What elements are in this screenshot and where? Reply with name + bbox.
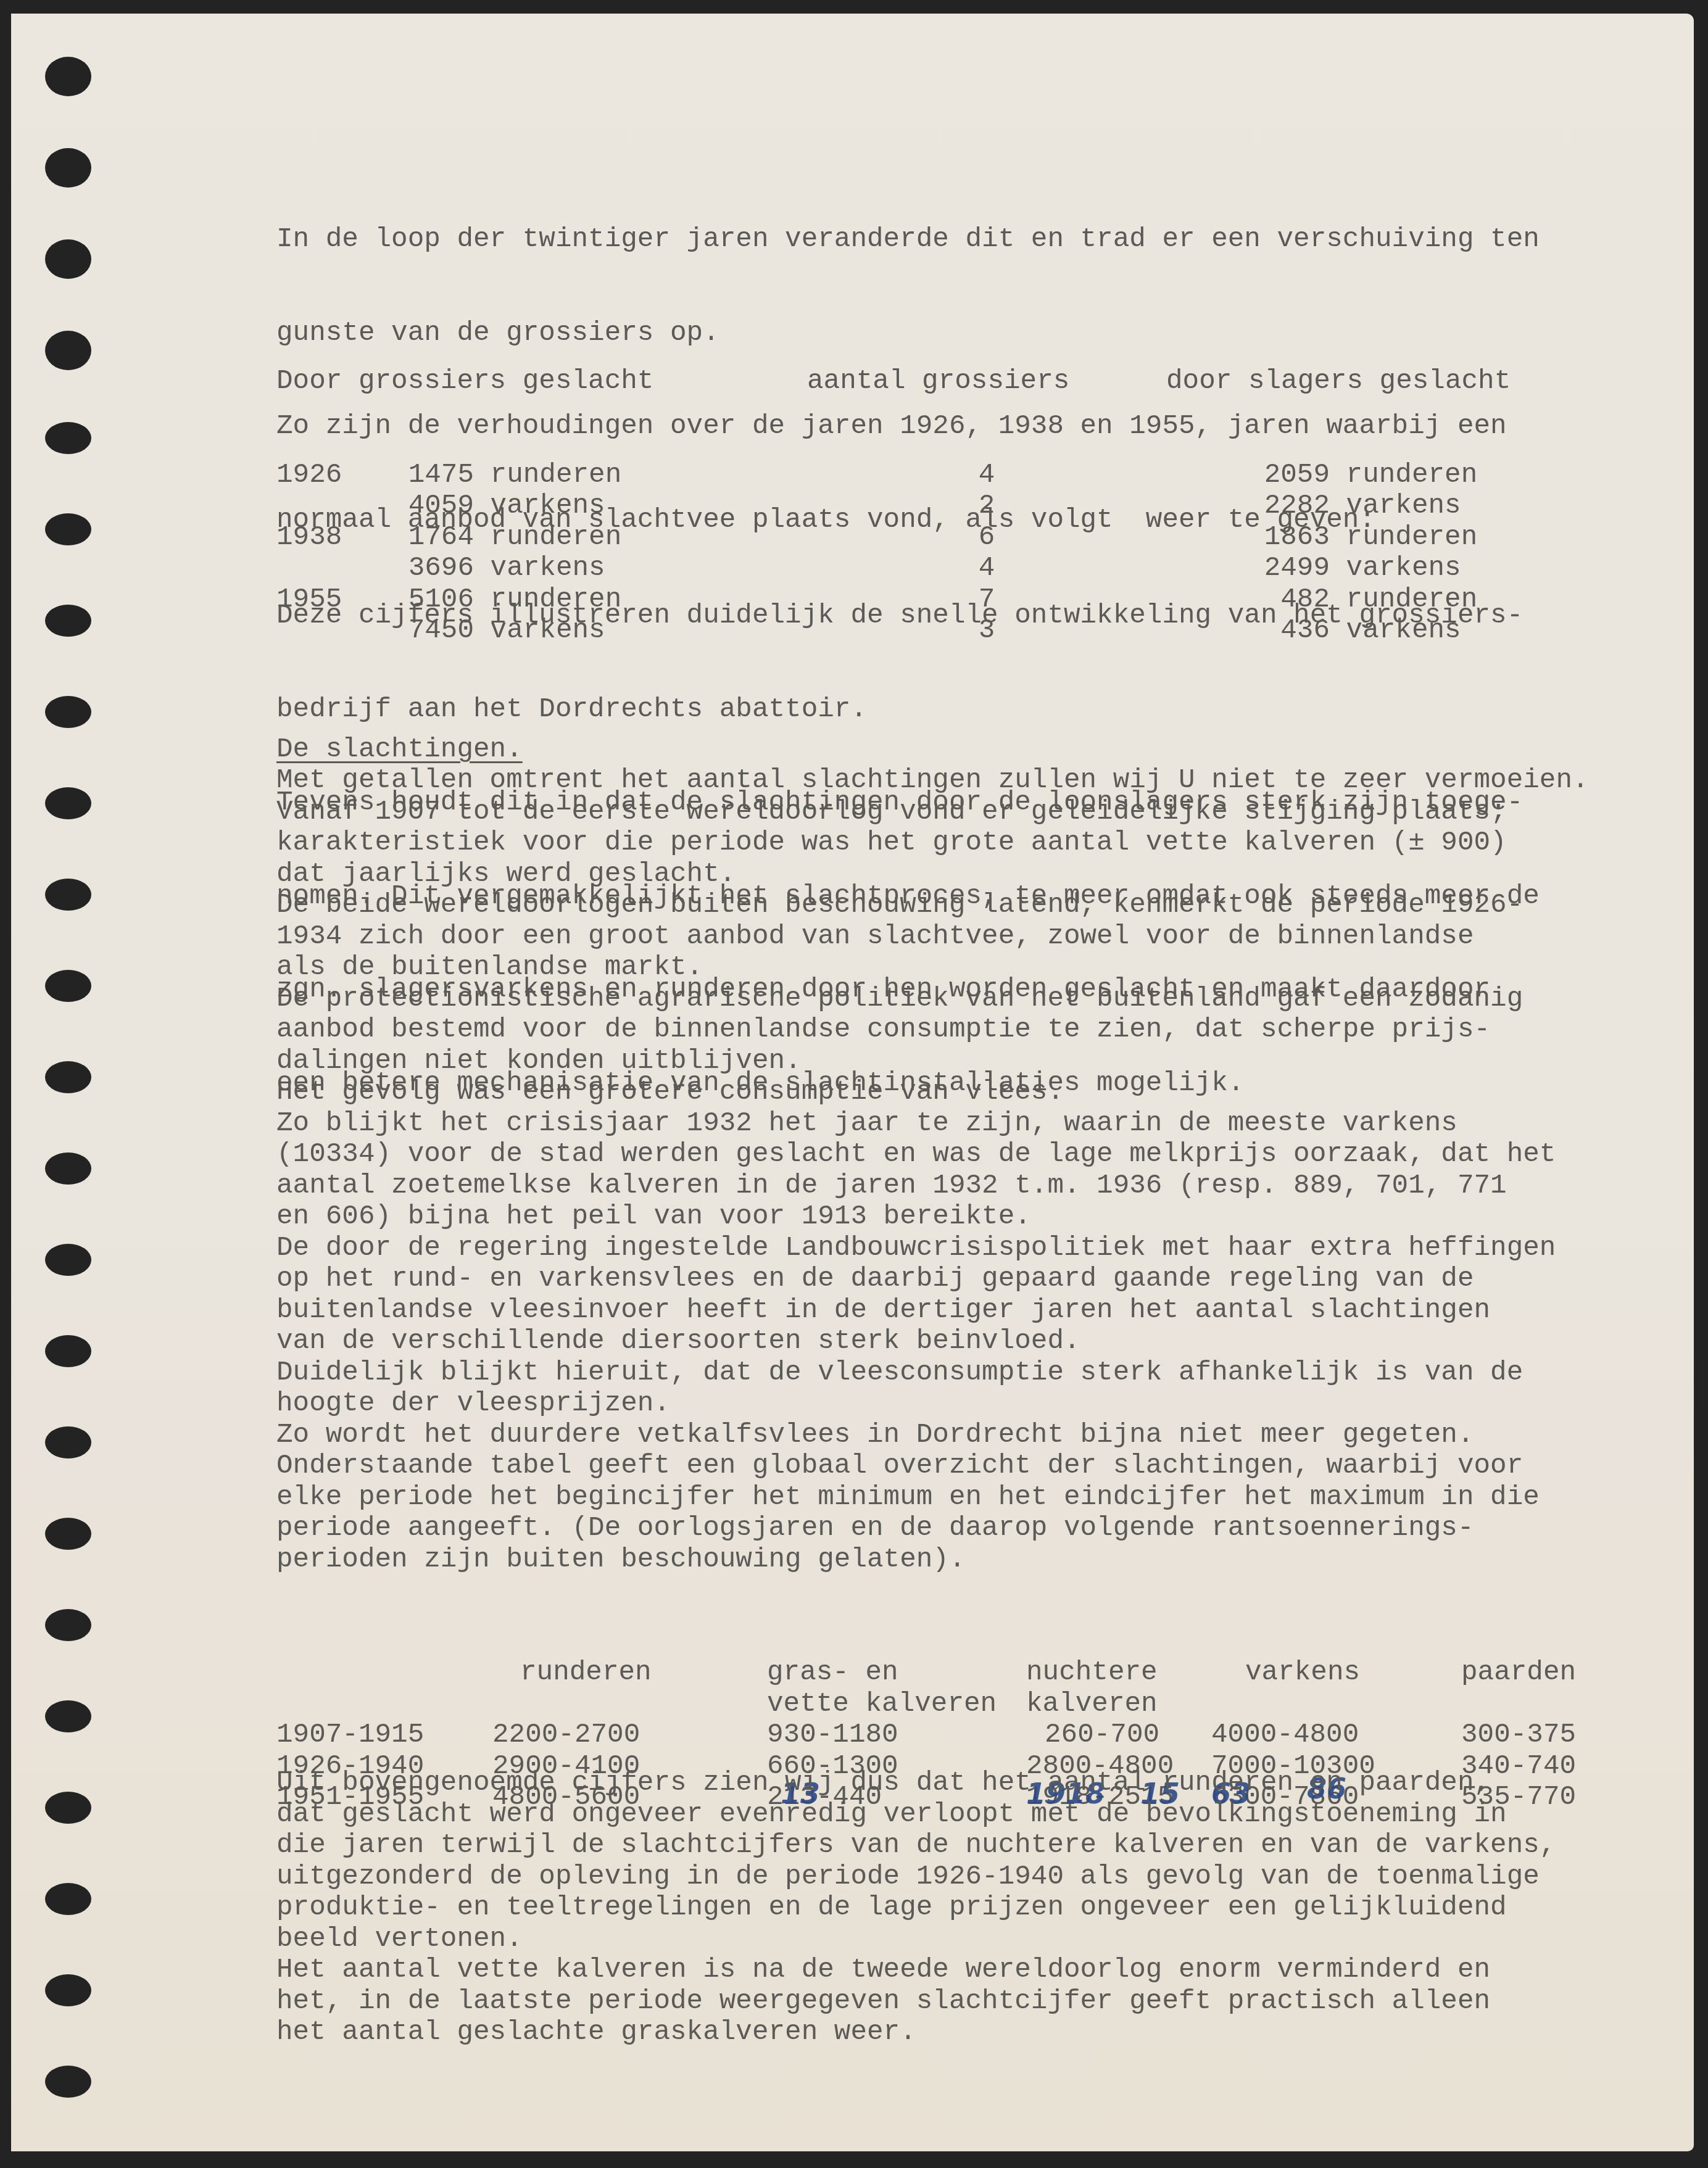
binding-hole — [45, 513, 91, 545]
binding-hole — [45, 1152, 91, 1185]
text-line: Zo blijkt het crisisjaar 1932 het jaar t… — [276, 1108, 1589, 1140]
text-line: het, in de laatste periode weergegeven s… — [276, 1986, 1556, 2017]
binding-hole — [45, 1244, 91, 1276]
text-line: Zo wordt het duurdere vetkalfsvlees in D… — [276, 1420, 1589, 1451]
paragraph-conclusion: Uit bovengenoemde cijfers zien wij dus d… — [276, 1768, 1556, 2048]
column-header: varkens — [1211, 1657, 1449, 1689]
text-line: Vanaf 1907 tot de eerste wereldoorlog vo… — [276, 796, 1589, 828]
binding-hole — [45, 696, 91, 728]
text-line: produktie- en teeltregelingen en de lage… — [276, 1892, 1556, 1924]
paragraph-slachtingen: Met getallen omtrent het aantal slachtin… — [276, 765, 1589, 1575]
binding-hole — [45, 239, 91, 279]
column-header: door slagers geslacht — [1166, 366, 1511, 397]
binding-hole — [45, 1700, 91, 1732]
text-line: dalingen niet konden uitblijven. — [276, 1046, 1589, 1077]
column-header — [276, 1689, 492, 1720]
text-line: Het gevolg was een grotere consumptie va… — [276, 1077, 1589, 1108]
table-cell: 930-1180 — [767, 1719, 1026, 1751]
table-cell: 1926 — [276, 460, 357, 491]
binding-hole — [45, 1518, 91, 1550]
table-header-row: runderengras- ennuchterevarkenspaarden — [276, 1657, 1622, 1689]
text-line: die jaren terwijl de slachtcijfers van d… — [276, 1830, 1556, 1861]
column-header — [492, 1689, 767, 1720]
text-line: De beide wereldoorlogen buiten beschouwi… — [276, 890, 1589, 921]
binding-hole — [45, 57, 91, 96]
text-line: van de verschillende diersoorten sterk b… — [276, 1326, 1589, 1357]
text-line: Het aantal vette kalveren is na de tweed… — [276, 1955, 1556, 1986]
text-line: aantal zoetemelkse kalveren in de jaren … — [276, 1170, 1589, 1202]
text-line: hoogte der vleesprijzen. — [276, 1388, 1589, 1420]
column-header: paarden — [1449, 1657, 1622, 1689]
table-cell: 300-375 — [1449, 1719, 1622, 1751]
binding-hole — [45, 2066, 91, 2098]
table-cell: 4059 — [357, 490, 474, 522]
table-cell: runderen — [474, 460, 807, 491]
text-line: (10334) voor de stad werden geslacht en … — [276, 1139, 1589, 1170]
text-line: perioden zijn buiten beschouwing gelaten… — [276, 1544, 1589, 1576]
table-cell: 1475 — [357, 460, 474, 491]
binding-hole — [45, 1974, 91, 2006]
column-header — [1211, 1689, 1449, 1720]
text-line: als de buitenlandse markt. — [276, 952, 1589, 983]
binding-hole — [45, 787, 91, 819]
table-cell: 4 — [807, 460, 1166, 491]
text-line: beeld vertonen. — [276, 1924, 1556, 1955]
text-line: op het rund- en varkensvlees en de daarb… — [276, 1264, 1589, 1295]
binding-hole — [45, 422, 91, 454]
table-cell — [276, 490, 357, 522]
table-cell: runderen — [1330, 460, 1515, 491]
table-cell: 4000-4800 — [1211, 1719, 1449, 1751]
table-header-row: vette kalverenkalveren — [276, 1689, 1622, 1720]
column-header: aantal grossiers — [807, 366, 1166, 397]
table-cell: 2 — [807, 490, 1166, 522]
binding-hole — [45, 879, 91, 911]
text-line: dat geslacht werd ongeveer evenredig ver… — [276, 1799, 1556, 1831]
column-header: vette kalveren — [767, 1689, 1026, 1720]
table-row: 19261475 runderen42059 runderen — [276, 460, 1515, 491]
column-header: nuchtere — [1026, 1657, 1211, 1689]
text-line: Uit bovengenoemde cijfers zien wij dus d… — [276, 1768, 1556, 1799]
table-cell: 2200-2700 — [492, 1719, 767, 1751]
table-cell: varkens — [1330, 490, 1515, 522]
text-line: De door de regering ingestelde Landbouwc… — [276, 1233, 1589, 1264]
text-line: Duidelijk blijkt hieruit, dat de vleesco… — [276, 1357, 1589, 1389]
text-line: Deze cijfers illustreren duidelijk de sn… — [276, 600, 1540, 632]
text-line: 1934 zich door een groot aanbod van slac… — [276, 921, 1589, 953]
text-line: en 606) bijna het peil van voor 1913 ber… — [276, 1201, 1589, 1233]
text-line: elke periode het begincijfer het minimum… — [276, 1482, 1589, 1513]
table-cell: 260-700 — [1026, 1719, 1211, 1751]
table-cell: varkens — [474, 490, 807, 522]
column-header — [276, 1657, 492, 1689]
binding-hole — [45, 148, 91, 188]
text-line: dat jaarlijks werd geslacht. — [276, 859, 1589, 890]
binding-hole — [45, 331, 91, 370]
table-cell: 2059 — [1166, 460, 1330, 491]
table-header-row: Door grossiers geslacht aantal grossiers… — [276, 366, 1511, 397]
binding-hole — [45, 1792, 91, 1824]
text-line: De protectionistische agrarische politie… — [276, 983, 1589, 1015]
table-row: 4059 varkens22282 varkens — [276, 490, 1515, 522]
binding-hole — [45, 1335, 91, 1367]
table-row: 1907-19152200-2700930-1180260-7004000-48… — [276, 1719, 1622, 1751]
column-header: Door grossiers geslacht — [276, 366, 807, 397]
column-header: runderen — [492, 1657, 767, 1689]
table-cell: 2282 — [1166, 490, 1330, 522]
binding-hole — [45, 970, 91, 1002]
text-line: Met getallen omtrent het aantal slachtin… — [276, 765, 1589, 796]
text-line: periode aangeeft. (De oorlogsjaren en de… — [276, 1513, 1589, 1544]
binding-hole — [45, 1883, 91, 1915]
text-line: buitenlandse vleesinvoer heeft in de der… — [276, 1295, 1589, 1326]
text-line: aanbod bestemd voor de binnenlandse cons… — [276, 1014, 1589, 1046]
column-header — [1449, 1689, 1622, 1720]
binding-hole — [45, 1426, 91, 1458]
text-line: bedrijf aan het Dordrechts abattoir. — [276, 694, 1540, 726]
binding-hole — [45, 605, 91, 637]
binding-hole — [45, 1609, 91, 1641]
column-header: gras- en — [767, 1657, 1026, 1689]
text-line: Onderstaande tabel geeft een globaal ove… — [276, 1450, 1589, 1482]
column-header: kalveren — [1026, 1689, 1211, 1720]
text-line: het aantal geslachte graskalveren weer. — [276, 2017, 1556, 2048]
section-heading: De slachtingen. — [276, 734, 523, 766]
text-line: uitgezonderd de opleving in de periode 1… — [276, 1861, 1556, 1893]
text-line: karakteristiek voor die periode was het … — [276, 827, 1589, 859]
binding-hole — [45, 1061, 91, 1093]
text-line: In de loop der twintiger jaren veranderd… — [276, 224, 1540, 255]
table-cell: 1907-1915 — [276, 1719, 492, 1751]
